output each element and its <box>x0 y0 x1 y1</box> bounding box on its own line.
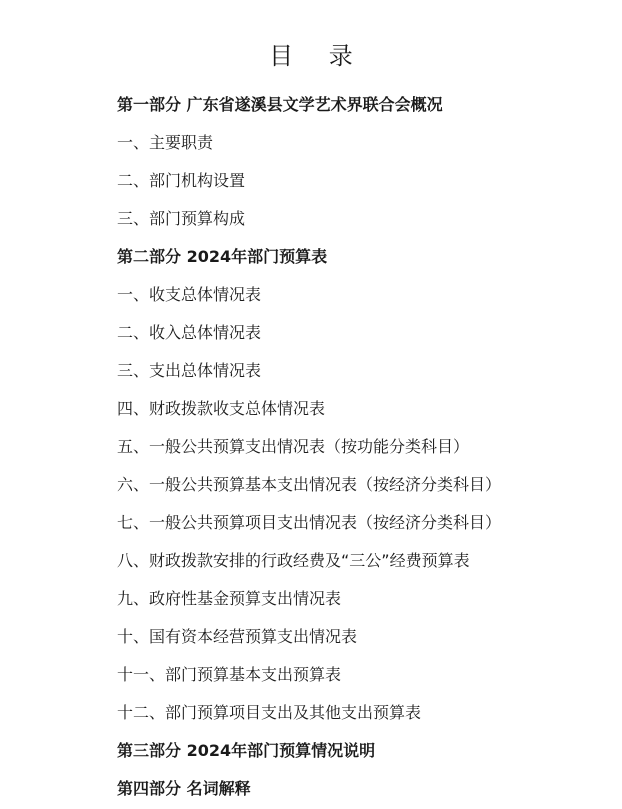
toc-item-table-9[interactable]: 九、政府性基金预算支出情况表 <box>117 587 501 625</box>
toc-item-table-2[interactable]: 二、收入总体情况表 <box>117 321 501 359</box>
toc-part-2[interactable]: 第二部分 2024年部门预算表 <box>117 245 501 283</box>
toc-item-table-1[interactable]: 一、收支总体情况表 <box>117 283 501 321</box>
toc-part-4[interactable]: 第四部分 名词解释 <box>117 777 501 809</box>
table-of-contents: 第一部分 广东省遂溪县文学艺术界联合会概况 一、主要职责 二、部门机构设置 三、… <box>117 93 501 809</box>
toc-item-table-8[interactable]: 八、财政拨款安排的行政经费及“三公”经费预算表 <box>117 549 501 587</box>
toc-item-table-3[interactable]: 三、支出总体情况表 <box>117 359 501 397</box>
toc-item-org-setup[interactable]: 二、部门机构设置 <box>117 169 501 207</box>
toc-item-table-7[interactable]: 七、一般公共预算项目支出情况表（按经济分类科目） <box>117 511 501 549</box>
toc-part-3[interactable]: 第三部分 2024年部门预算情况说明 <box>117 739 501 777</box>
toc-item-table-10[interactable]: 十、国有资本经营预算支出情况表 <box>117 625 501 663</box>
toc-item-budget-composition[interactable]: 三、部门预算构成 <box>117 207 501 245</box>
toc-item-table-4[interactable]: 四、财政拨款收支总体情况表 <box>117 397 501 435</box>
toc-item-table-5[interactable]: 五、一般公共预算支出情况表（按功能分类科目） <box>117 435 501 473</box>
toc-item-table-6[interactable]: 六、一般公共预算基本支出情况表（按经济分类科目） <box>117 473 501 511</box>
toc-item-main-duties[interactable]: 一、主要职责 <box>117 131 501 169</box>
toc-item-table-12[interactable]: 十二、部门预算项目支出及其他支出预算表 <box>117 701 501 739</box>
page-title: 目 录 <box>0 40 622 72</box>
toc-item-table-11[interactable]: 十一、部门预算基本支出预算表 <box>117 663 501 701</box>
toc-part-1[interactable]: 第一部分 广东省遂溪县文学艺术界联合会概况 <box>117 93 501 131</box>
